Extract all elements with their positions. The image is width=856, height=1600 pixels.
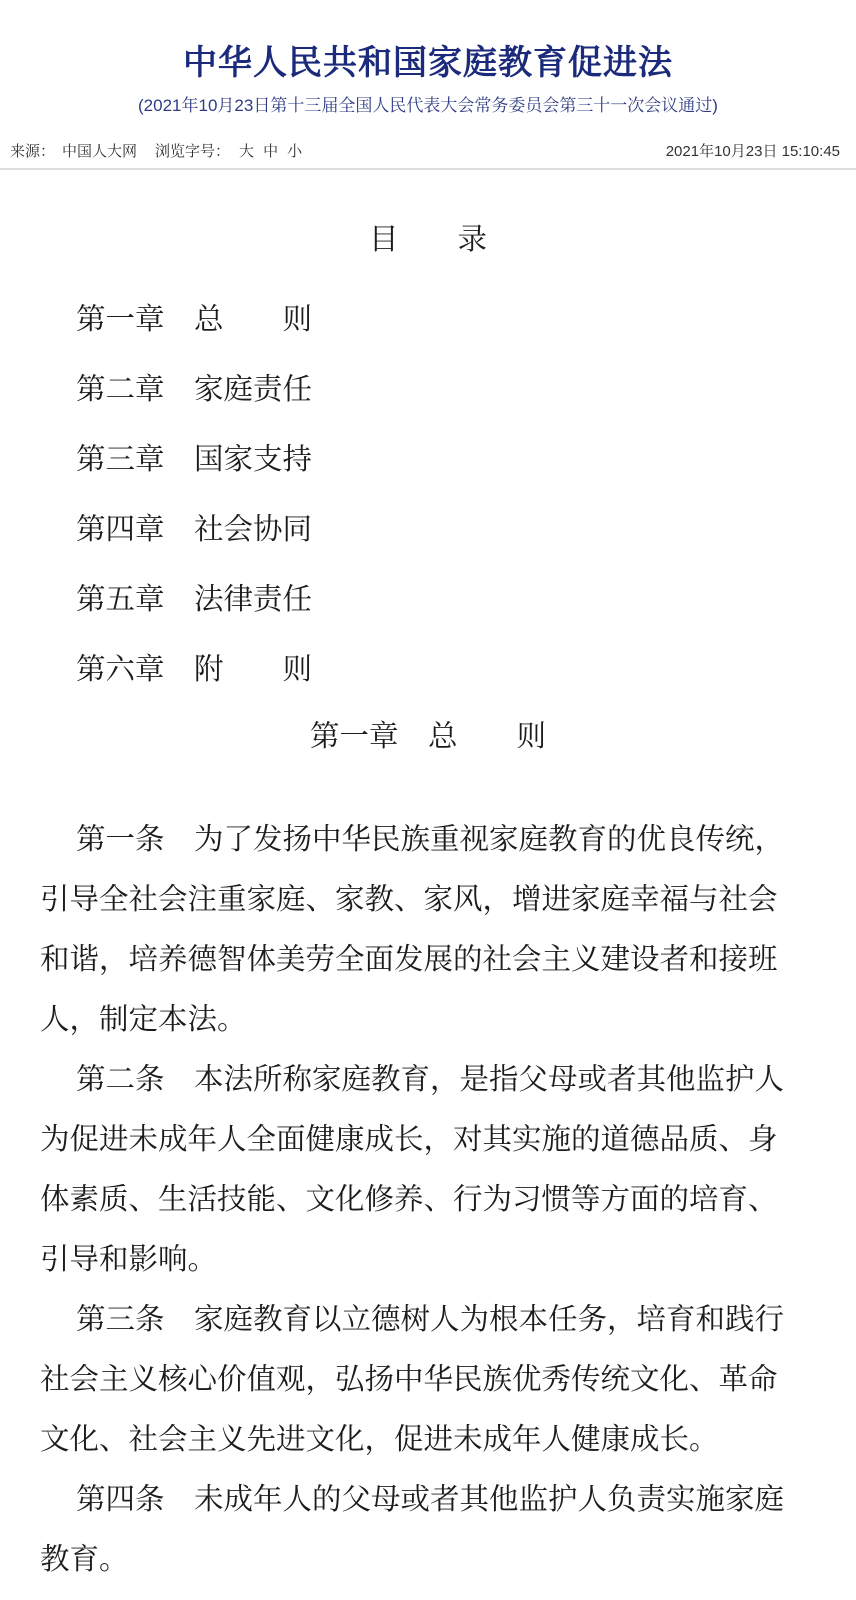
publish-timestamp: 2021年10月23日 15:10:45	[666, 142, 840, 162]
toc-item-chapter-3: 第三章 国家支持	[0, 425, 856, 495]
meta-left: 来源： 中国人大网 浏览字号： 大 中 小	[10, 142, 302, 162]
toc-item-chapter-5: 第五章 法律责任	[0, 565, 856, 635]
font-size-large-button[interactable]: 大	[239, 142, 254, 162]
font-size-medium-button[interactable]: 中	[263, 142, 278, 162]
toc-item-chapter-4: 第四章 社会协同	[0, 495, 856, 565]
article-3-paragraph: 第三条 家庭教育以立德树人为根本任务，培育和践行社会主义核心价值观，弘扬中华民族…	[40, 1290, 786, 1470]
font-size-label: 浏览字号：	[155, 142, 230, 162]
header-divider	[0, 168, 856, 170]
source-value: 中国人大网	[62, 142, 137, 162]
article-1-paragraph: 第一条 为了发扬中华民族重视家庭教育的优良传统，引导全社会注重家庭、家教、家风，…	[40, 810, 786, 1050]
meta-bar: 来源： 中国人大网 浏览字号： 大 中 小 2021年10月23日 15:10:…	[0, 142, 856, 162]
page-subtitle: (2021年10月23日第十三届全国人民代表大会常务委员会第三十一次会议通过)	[0, 94, 856, 118]
chapter-1-heading: 第一章 总 则	[0, 705, 856, 769]
article-4-paragraph: 第四条 未成年人的父母或者其他监护人负责实施家庭教育。	[40, 1470, 786, 1590]
toc-item-chapter-2: 第二章 家庭责任	[0, 355, 856, 425]
toc-heading: 目 录	[0, 220, 856, 260]
font-size-small-button[interactable]: 小	[287, 142, 302, 162]
source-label: 来源：	[10, 142, 55, 162]
article-2-paragraph: 第二条 本法所称家庭教育，是指父母或者其他监护人为促进未成年人全面健康成长，对其…	[40, 1050, 786, 1290]
law-document-page: 中华人民共和国家庭教育促进法 (2021年10月23日第十三届全国人民代表大会常…	[0, 0, 856, 1600]
toc-item-chapter-6: 第六章 附 则	[0, 635, 856, 705]
toc-item-chapter-1: 第一章 总 则	[0, 285, 856, 355]
page-title: 中华人民共和国家庭教育促进法	[0, 38, 856, 88]
toc-list: 第一章 总 则 第二章 家庭责任 第三章 国家支持 第四章 社会协同 第五章 法…	[0, 285, 856, 705]
